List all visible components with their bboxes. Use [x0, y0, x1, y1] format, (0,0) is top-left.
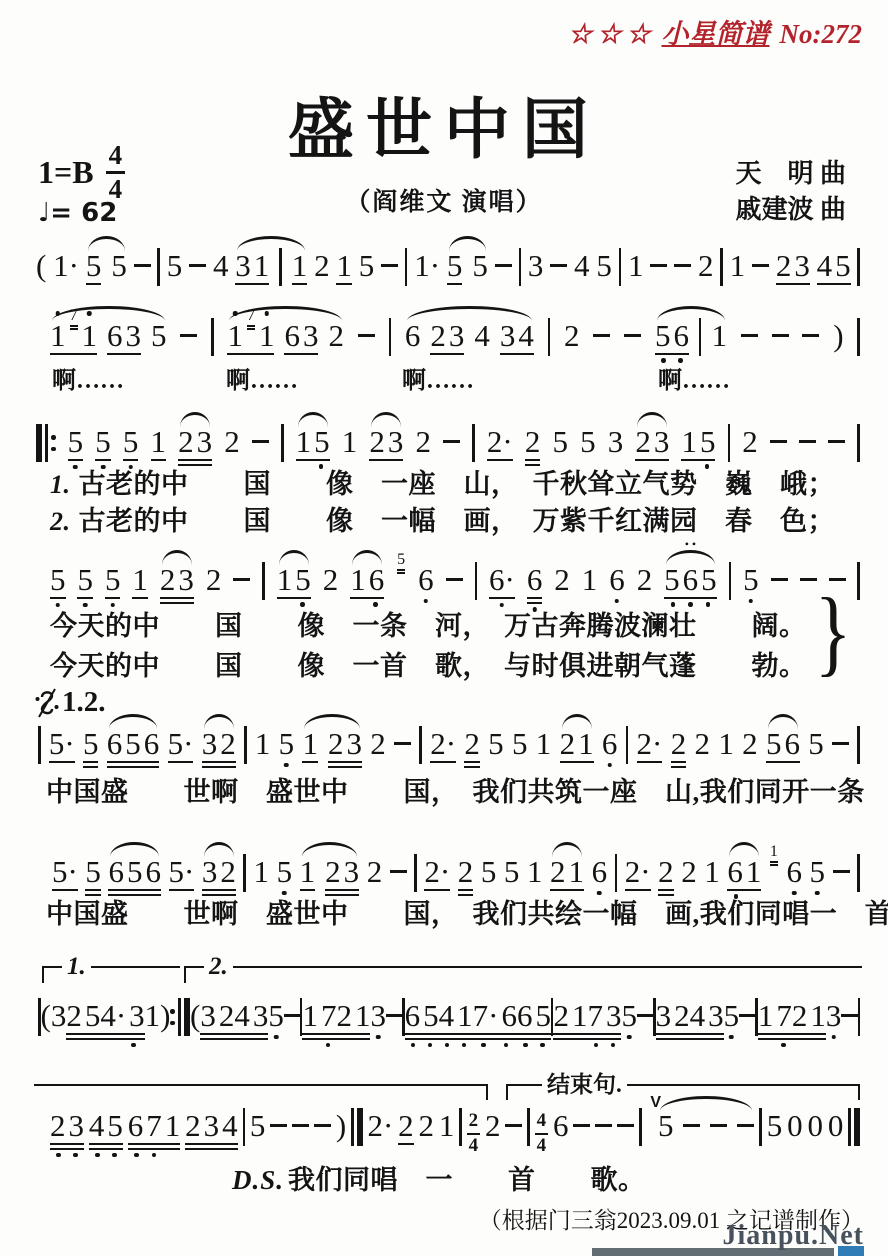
note: 5 [808, 728, 824, 759]
note: 5 [85, 1000, 101, 1031]
note: 1 [527, 856, 543, 887]
octave-dot-row [50, 1150, 84, 1158]
barline [857, 424, 860, 462]
slur-group: 123 [302, 728, 362, 768]
note-digit: 3 [608, 426, 624, 457]
note-digit: 6 [784, 728, 800, 759]
octave-dot-below [134, 1153, 139, 1158]
note-digit: 5 [125, 728, 141, 759]
note: 5 [810, 856, 826, 887]
note: 5 [111, 250, 127, 281]
note-digit: 0 [828, 1110, 844, 1141]
repeat-dots [51, 424, 56, 462]
note-digit: 2· [430, 728, 456, 759]
slur-group: 23 [178, 426, 212, 466]
note: 6 [107, 320, 123, 351]
note: 5 [107, 1110, 123, 1141]
bar-thin [759, 1108, 762, 1146]
octave-dot-row [405, 1040, 439, 1048]
note: 5 [314, 426, 330, 457]
note-digit: 1 [302, 1000, 318, 1031]
octave-dot-below [131, 1043, 136, 1048]
note-digit: 2 [792, 1000, 808, 1031]
note-digit: 0 [787, 1110, 803, 1141]
note: 1 [254, 856, 270, 887]
beam-row: 23 [50, 1110, 84, 1141]
slur-group: 171632 [227, 320, 344, 355]
beam-group: 23 [160, 564, 194, 604]
note: 5 [655, 320, 671, 351]
barline [728, 424, 731, 462]
beam-group: 21 [560, 728, 594, 763]
bar-thin [729, 562, 732, 600]
grace-digit: 1 [770, 844, 778, 860]
note: 2· [430, 728, 456, 763]
note: 5 [472, 250, 488, 281]
beam-line [235, 283, 269, 285]
note-digit: 6 [592, 856, 608, 887]
note-digit: 3 [129, 1000, 145, 1031]
note-digit: 1 [730, 250, 746, 281]
note-digit: 1 [718, 728, 734, 759]
barline [36, 424, 56, 462]
beam-line [500, 353, 534, 355]
note-digit: 2· [637, 728, 663, 759]
note-digit: 2 [367, 856, 383, 887]
octave-dot-below [615, 599, 620, 604]
beam-line [247, 328, 255, 329]
barline [857, 854, 860, 892]
note: 6 [369, 564, 385, 595]
beam-line [464, 761, 480, 763]
note-digit: 3 [449, 320, 465, 351]
dash-note [358, 334, 375, 337]
note: 4 [89, 1110, 105, 1141]
note-digit: 2 [698, 250, 714, 281]
music-sheet: { "header":{"stars":"☆☆☆","series":"小星简谱… [0, 0, 888, 1256]
beam-row: 56 [766, 728, 800, 759]
octave-dot-cell [517, 1040, 534, 1048]
octave-dot-cell [123, 1040, 145, 1048]
barline [475, 562, 478, 600]
barline [262, 562, 265, 600]
watermark-bar-accent [838, 1246, 864, 1256]
note: 7 [587, 1000, 603, 1031]
barline [548, 318, 551, 356]
beam-group: 23 [430, 320, 464, 355]
watermark-bar [592, 1248, 834, 1256]
segno-marker: 1.2. [34, 686, 106, 719]
note: 5 [125, 728, 141, 759]
beam-line [671, 761, 687, 763]
note-digit: 5 [85, 856, 101, 887]
note: 3 [346, 728, 362, 759]
dash-note [770, 440, 787, 443]
note-digit: 2 [325, 856, 341, 887]
slur-group: 565 [664, 564, 717, 607]
note: 2 [367, 856, 383, 887]
beam-row: 56 [655, 320, 689, 351]
dash-note [674, 264, 691, 267]
beam-group: 171 [50, 320, 97, 355]
note-digit: ( [41, 1000, 51, 1031]
slur-group: 21 [550, 856, 584, 891]
bar-thin [389, 318, 392, 356]
repeat-dots [170, 998, 175, 1036]
note-digit: 2 [681, 856, 697, 887]
grace-note: 7 [70, 308, 78, 330]
beam-group: 23 [178, 426, 212, 466]
note-digit: 5 [472, 250, 488, 281]
beam-row: 23 [160, 564, 194, 595]
bar-thin [405, 248, 408, 286]
beam-group: 565 [664, 564, 717, 607]
note: 4 [474, 320, 490, 351]
note-digit: 3 [200, 1000, 216, 1031]
note: 2 [370, 728, 386, 759]
beam-row: 65 [405, 1000, 439, 1031]
lyric-verse-1: 1.古老的中 国 像 一座 山， 千秋耸立气势 巍 峨； [50, 462, 835, 501]
beam-row: 21 [336, 1000, 370, 1031]
beam-line [50, 1143, 84, 1145]
dash-note [314, 1124, 331, 1127]
note: 4 [213, 250, 229, 281]
note: 5 [151, 320, 167, 351]
note: 1 [296, 426, 312, 457]
note-digit: 2 [66, 1000, 82, 1031]
barline [858, 998, 861, 1036]
note: 5· [168, 728, 194, 763]
slur-group: 16 [350, 564, 384, 607]
bar-thin [475, 562, 478, 600]
beam-line [671, 766, 687, 768]
bar-thin [45, 424, 48, 462]
barline [243, 854, 246, 892]
beam-group: 63 [107, 320, 141, 355]
beam-row: 34 [500, 320, 534, 351]
beam-line [107, 766, 160, 768]
beam-line [766, 761, 800, 763]
note: 3 [388, 426, 404, 457]
note-digit: 2 [220, 856, 236, 887]
bar-thin [243, 854, 246, 892]
octave-dot-cell [100, 1040, 122, 1048]
note-digit: 5 [359, 250, 375, 281]
note-digit: 2 [50, 1110, 66, 1141]
beam-line [776, 283, 810, 285]
note: 2 [671, 728, 687, 768]
lyric-text: 古老的中 国 像 一座 山， 千秋耸立气势 巍 峨； [79, 469, 836, 499]
dash-note [741, 334, 758, 337]
beam-line [202, 761, 236, 763]
beam-group: 65 [405, 1000, 439, 1047]
bar-thin [519, 248, 522, 286]
note-digit: 1 [259, 320, 275, 351]
grace-note: 5 [397, 552, 405, 574]
verse-number: 2. [50, 507, 71, 536]
barline [459, 1108, 462, 1146]
note-digit: 1 [810, 1000, 826, 1031]
octave-dot-cell [67, 1150, 84, 1158]
note: 5 [295, 564, 311, 595]
note: 3 [528, 250, 544, 281]
octave-dot-below [445, 1043, 450, 1048]
beam-line [247, 325, 255, 326]
note: 3 [708, 1000, 724, 1031]
note-digit: 6 [108, 856, 124, 887]
beam-line [185, 1143, 238, 1145]
note: 1 [132, 564, 148, 599]
note: 6 [405, 1000, 421, 1031]
octave-dot-below [284, 763, 289, 768]
note: 2 [698, 250, 714, 281]
note: ( [36, 250, 46, 281]
octave-dot-below [428, 1043, 433, 1048]
note-digit: 5 [504, 856, 520, 887]
note: 3 [69, 1110, 85, 1141]
octave-dot-row [517, 1040, 551, 1048]
beam-group: 43 [690, 1000, 724, 1040]
time-signature-change: 24 [467, 1111, 481, 1157]
note: 1 [730, 250, 746, 281]
beam-group: 65 [517, 1000, 551, 1047]
note-digit: 3 [708, 1000, 724, 1031]
octave-dot-cell [50, 1150, 67, 1158]
note-digit: 1 [145, 1000, 161, 1031]
note: 1 [355, 1000, 371, 1031]
octave-dot-cell [587, 1040, 604, 1048]
volta-bracket-2: 2. [184, 966, 862, 983]
beam-line [553, 1038, 587, 1040]
ts-numerator: 2 [467, 1111, 481, 1135]
octave-dot-below [627, 1035, 632, 1040]
volta-label: 2. [204, 954, 233, 979]
dash-note [650, 264, 667, 267]
bar-thin [243, 1108, 246, 1146]
octave-dot-above [56, 311, 61, 316]
octave-dot-cell [89, 1150, 106, 1158]
barline [279, 248, 282, 286]
verse-number: 1. [50, 470, 71, 499]
dash-note [252, 440, 269, 443]
note-digit: 5 [68, 426, 84, 457]
note: 5 [268, 1000, 284, 1031]
octave-dot-above [233, 311, 238, 316]
note-digit: 3 [235, 250, 251, 281]
note-digit: 5 [766, 728, 782, 759]
note-digit: 2 [419, 1110, 435, 1141]
note-digit: 3 [69, 1110, 85, 1141]
beam-row: 45 [89, 1110, 123, 1141]
repeat-dot [51, 447, 56, 452]
beam-row: 32 [202, 728, 236, 759]
note-digit: 5 [77, 564, 93, 595]
note: 5 [835, 250, 851, 281]
octave-dot-below [411, 1043, 416, 1048]
note-digit: 4 [439, 1000, 455, 1031]
note-digit: 6 [673, 320, 689, 351]
note-digit: 5 [658, 1110, 674, 1141]
beam-line [560, 761, 594, 763]
note: 5 [552, 426, 568, 457]
note-digit: 1 [355, 1000, 371, 1031]
note-digit: 3 [606, 1000, 622, 1031]
beam-line [132, 597, 148, 599]
slur-group: 656 [107, 728, 160, 768]
slur-group: 32 [202, 728, 236, 768]
note: 2 [220, 728, 236, 759]
dash-note [446, 578, 463, 581]
note: 1· [53, 250, 79, 281]
barline [626, 726, 629, 764]
beam-row: 23 [325, 856, 359, 887]
note: 2 [637, 564, 653, 595]
note-digit: 5 [724, 1000, 740, 1031]
beam-row: 23 [178, 426, 212, 457]
note-digit: 2 [314, 250, 330, 281]
note-digit: 3 [303, 320, 319, 351]
beam-line [817, 283, 851, 285]
note-digit: 1 [132, 564, 148, 595]
beam-group: 73 [587, 1000, 621, 1047]
beam-line [517, 1033, 551, 1035]
note: 2 [224, 426, 240, 457]
repeat-brace: } [815, 584, 852, 680]
note-digit: 5 [596, 250, 612, 281]
note: 2 [554, 564, 570, 595]
bar-thin [857, 726, 860, 764]
note-digit: 5 [314, 426, 330, 457]
note-digit: 1 [582, 564, 598, 595]
octave-dot-cell [456, 1040, 473, 1048]
beam-row: 25 [66, 1000, 100, 1031]
note: 3 [500, 320, 516, 351]
bar-thin [858, 998, 861, 1036]
bar-thin [419, 726, 422, 764]
note-digit: 5 [151, 320, 167, 351]
beam-row: 73 [587, 1000, 621, 1031]
note-digit: 3 [344, 856, 360, 887]
octave-dot-below [540, 1043, 545, 1048]
note: 2 [336, 1000, 352, 1031]
note-digit: ) [160, 1000, 170, 1031]
note-digit: 5 [268, 1000, 284, 1031]
beam-line [234, 1033, 268, 1035]
note-digit: 5· [52, 856, 78, 887]
octave-dot-below [729, 1035, 734, 1040]
note: 5 [512, 728, 528, 759]
note: 4 [222, 1110, 238, 1141]
note: 1 [569, 856, 585, 887]
note-digit: 4 [222, 1110, 238, 1141]
barline [157, 248, 160, 286]
beam-group: 23 [635, 426, 669, 461]
note: 5 [580, 426, 596, 457]
octave-dot-above [87, 311, 92, 316]
beam-line [439, 1033, 473, 1035]
note-digit: 5 [808, 728, 824, 759]
bar-thin [848, 1108, 851, 1146]
dash-note [624, 334, 641, 337]
beam-group: 21 [550, 856, 584, 891]
series-name: 小星简谱 [662, 19, 770, 49]
note: 5· [49, 728, 75, 763]
octave-dot-below [73, 1153, 78, 1158]
beam-group: 63 [284, 320, 318, 355]
note-digit: 2 [219, 1000, 235, 1031]
dash-note [180, 334, 197, 337]
note: 2 [485, 1110, 501, 1141]
beam-group: 32 [202, 856, 236, 896]
note: 4 [817, 250, 833, 281]
note: 1 [302, 1000, 318, 1031]
note-digit: 1 [681, 426, 697, 457]
note: 5 [105, 564, 121, 599]
note-digit: 5· [169, 856, 195, 887]
volta-continuation-line [34, 1084, 488, 1100]
slur-group: 23 [160, 564, 194, 604]
note: 6 [145, 856, 161, 887]
note-digit: 6 [501, 1000, 517, 1031]
note: 2 [185, 1110, 201, 1141]
note: 2 [328, 728, 344, 759]
note: 0 [787, 1110, 803, 1141]
note-digit: 5 [655, 320, 671, 351]
note-digit: 6 [107, 320, 123, 351]
note-digit: 2 [160, 564, 176, 595]
dash-note [390, 870, 407, 873]
note-digit: 2 [560, 728, 576, 759]
beam-row: 23 [369, 426, 403, 457]
barline [729, 562, 732, 600]
note-digit: 5 [512, 728, 528, 759]
bar-thin [279, 248, 282, 286]
beam-line [100, 1033, 144, 1035]
note: 3 [202, 856, 218, 887]
note-digit: 2 [564, 320, 580, 351]
note: 2 [553, 1000, 569, 1031]
note: 5 [85, 856, 101, 896]
note: 3 [606, 1000, 622, 1031]
note: ) [160, 1000, 170, 1031]
bar-thin [857, 562, 860, 600]
meter-numerator: 4 [106, 142, 126, 174]
barline [857, 318, 860, 356]
note: 1 [292, 250, 308, 285]
note-digit: 0 [807, 1110, 823, 1141]
bar-thin [857, 424, 860, 462]
note: 7 [146, 1110, 162, 1141]
note-digit: 2 [550, 856, 566, 887]
note-digit: 5 [700, 426, 716, 457]
beam-line [185, 1148, 238, 1150]
bar-thin [619, 248, 622, 286]
note: 1 [50, 320, 66, 351]
bar-thin [178, 998, 181, 1036]
octave-dot-cell [405, 1040, 422, 1048]
dash-note [828, 440, 845, 443]
note: 3 [654, 426, 670, 457]
grace-note: 1 [770, 844, 778, 866]
note: 4· [100, 1000, 126, 1031]
note: 3 [126, 320, 142, 351]
note-digit: 4 [690, 1000, 706, 1031]
beam-line [553, 1033, 587, 1035]
note-digit: 3 [500, 320, 516, 351]
beam-line [656, 1033, 690, 1035]
beam-row: 4·3 [100, 1000, 144, 1031]
note-digit: 4 [574, 250, 590, 281]
